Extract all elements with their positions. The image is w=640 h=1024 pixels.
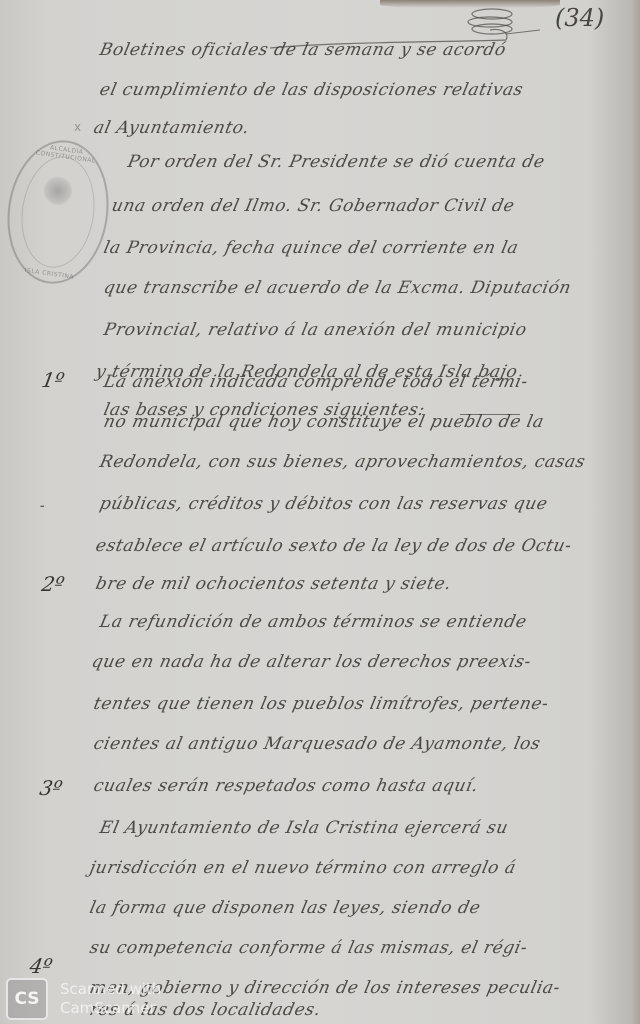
text-line: Boletines oficiales de la semana y se ac… bbox=[98, 40, 508, 60]
text-line: su competencia conforme á las mismas, el… bbox=[88, 938, 530, 958]
page-edge bbox=[632, 0, 640, 1024]
seal-inner-ring bbox=[15, 152, 102, 273]
text-line: cuales serán respetados como hasta aquí. bbox=[92, 776, 480, 796]
text-line: una orden del Ilmo. Sr. Gobernador Civil… bbox=[110, 196, 517, 216]
margin-mark: x bbox=[74, 120, 81, 134]
watermark-line-2: CamScanner bbox=[60, 999, 161, 1018]
text-line: al Ayuntamiento. bbox=[92, 118, 252, 138]
text-line: que en nada ha de alterar los derechos p… bbox=[90, 652, 533, 672]
text-line: bre de mil ochocientos setenta y siete. bbox=[94, 574, 454, 594]
page-number: (34) bbox=[555, 4, 604, 32]
text-line: Por orden del Sr. Presidente se dió cuen… bbox=[126, 152, 547, 172]
text-line: la forma que disponen las leyes, siendo … bbox=[88, 898, 483, 918]
text-line: jurisdicción en el nuevo término con arr… bbox=[88, 858, 518, 878]
watermark-text: Scanned with CamScanner bbox=[60, 980, 161, 1018]
text-line: El Ayuntamiento de Isla Cristina ejercer… bbox=[98, 818, 510, 838]
text-line: La refundición de ambos términos se enti… bbox=[98, 612, 529, 632]
official-seal-stamp: ALCALDÍA CONSTITUCIONAL ISLA CRISTINA bbox=[0, 134, 118, 291]
margin-note-dash: - bbox=[39, 498, 47, 514]
text-line: el cumplimiento de las disposiciones rel… bbox=[98, 80, 525, 100]
clause-number-4: 4º bbox=[28, 954, 54, 978]
text-line: no municipal que hoy constituye el puebl… bbox=[102, 412, 546, 432]
clause-number-1: 1º bbox=[40, 368, 66, 392]
watermark-line-1: Scanned with bbox=[60, 980, 161, 999]
text-line: la Provincia, fecha quince del corriente… bbox=[102, 238, 521, 258]
clause-number-2: 2º bbox=[40, 572, 66, 596]
text-line: Redondela, con sus bienes, aprovechamien… bbox=[98, 452, 587, 472]
text-line: que transcribe el acuerdo de la Excma. D… bbox=[102, 278, 573, 298]
manuscript-page: (34) ALCALDÍA CONSTITUCIONAL ISLA CRISTI… bbox=[0, 0, 640, 1024]
text-line: Provincial, relativo á la anexión del mu… bbox=[102, 320, 529, 340]
camscanner-watermark: CS Scanned with CamScanner bbox=[6, 978, 161, 1020]
text-line: establece el artículo sexto de la ley de… bbox=[94, 536, 574, 556]
text-line: La anexión indicada comprende todo el té… bbox=[102, 372, 530, 392]
text-line: públicas, créditos y débitos con las res… bbox=[98, 494, 550, 514]
camscanner-logo-icon: CS bbox=[6, 978, 48, 1020]
text-line: tentes que tienen los pueblos limítrofes… bbox=[92, 694, 551, 714]
text-line: cientes al antiguo Marquesado de Ayamont… bbox=[92, 734, 543, 754]
clause-number-3: 3º bbox=[38, 776, 64, 800]
